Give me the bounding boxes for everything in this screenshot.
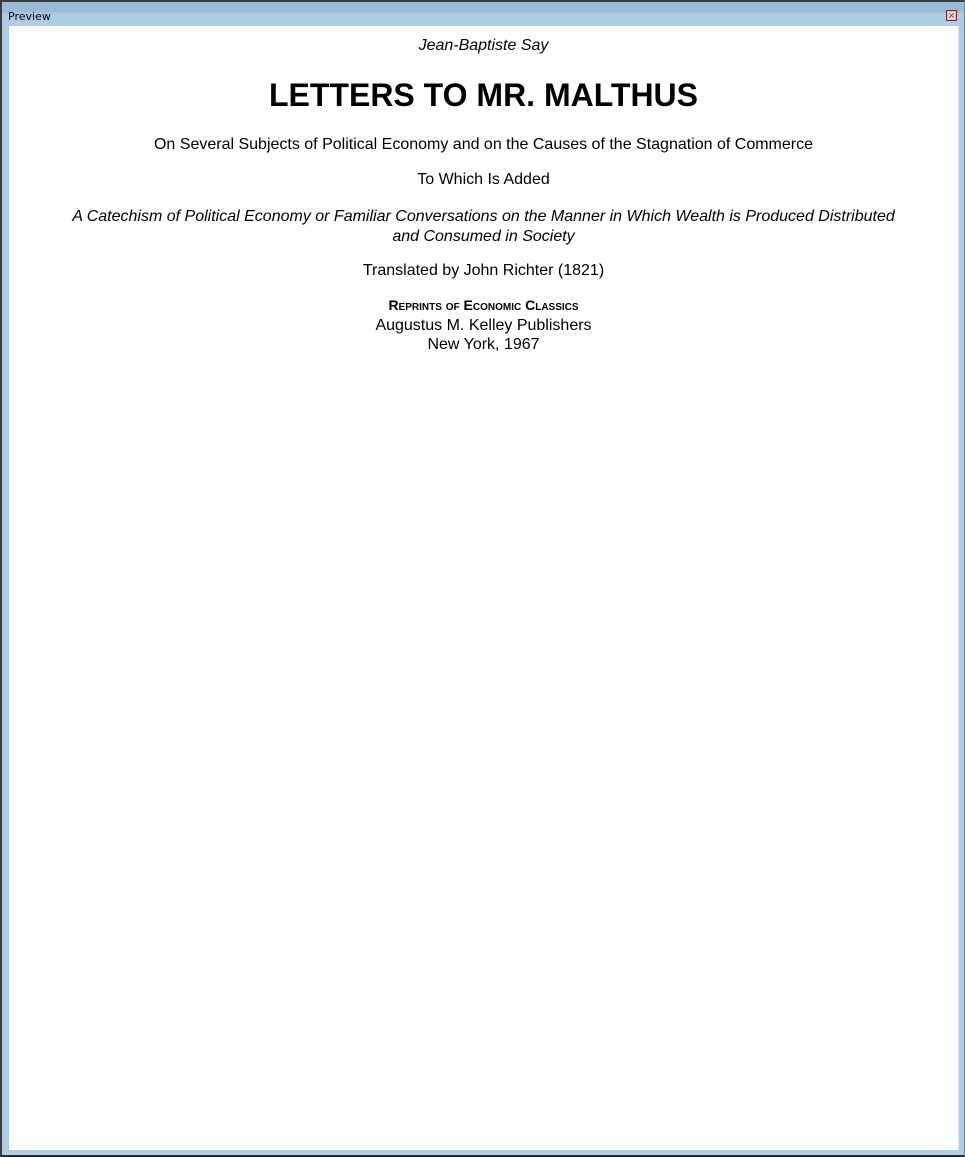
document-page: Jean-Baptiste Say LETTERS TO MR. MALTHUS…	[9, 26, 959, 1150]
catechism-title: A Catechism of Political Economy or Fami…	[69, 207, 898, 247]
close-icon	[947, 11, 956, 20]
added-line: To Which Is Added	[9, 171, 958, 189]
translator-credit: Translated by John Richter (1821)	[9, 262, 958, 280]
author: Jean-Baptiste Say	[9, 37, 958, 55]
document-subtitle: On Several Subjects of Political Economy…	[9, 136, 958, 154]
close-button[interactable]	[946, 10, 957, 21]
preview-window: Preview Jean-Baptiste Say LETTERS TO MR.…	[0, 0, 965, 1157]
document-title: LETTERS TO MR. MALTHUS	[9, 76, 958, 114]
series-name: Reprints of Economic Classics	[9, 297, 958, 314]
publisher-name: Augustus M. Kelley Publishers	[9, 316, 958, 335]
publication-place-year: New York, 1967	[9, 335, 958, 354]
title-bar[interactable]: Preview	[2, 2, 964, 26]
publisher-info: Augustus M. Kelley Publishers New York, …	[9, 316, 958, 354]
window-title: Preview	[8, 10, 51, 24]
